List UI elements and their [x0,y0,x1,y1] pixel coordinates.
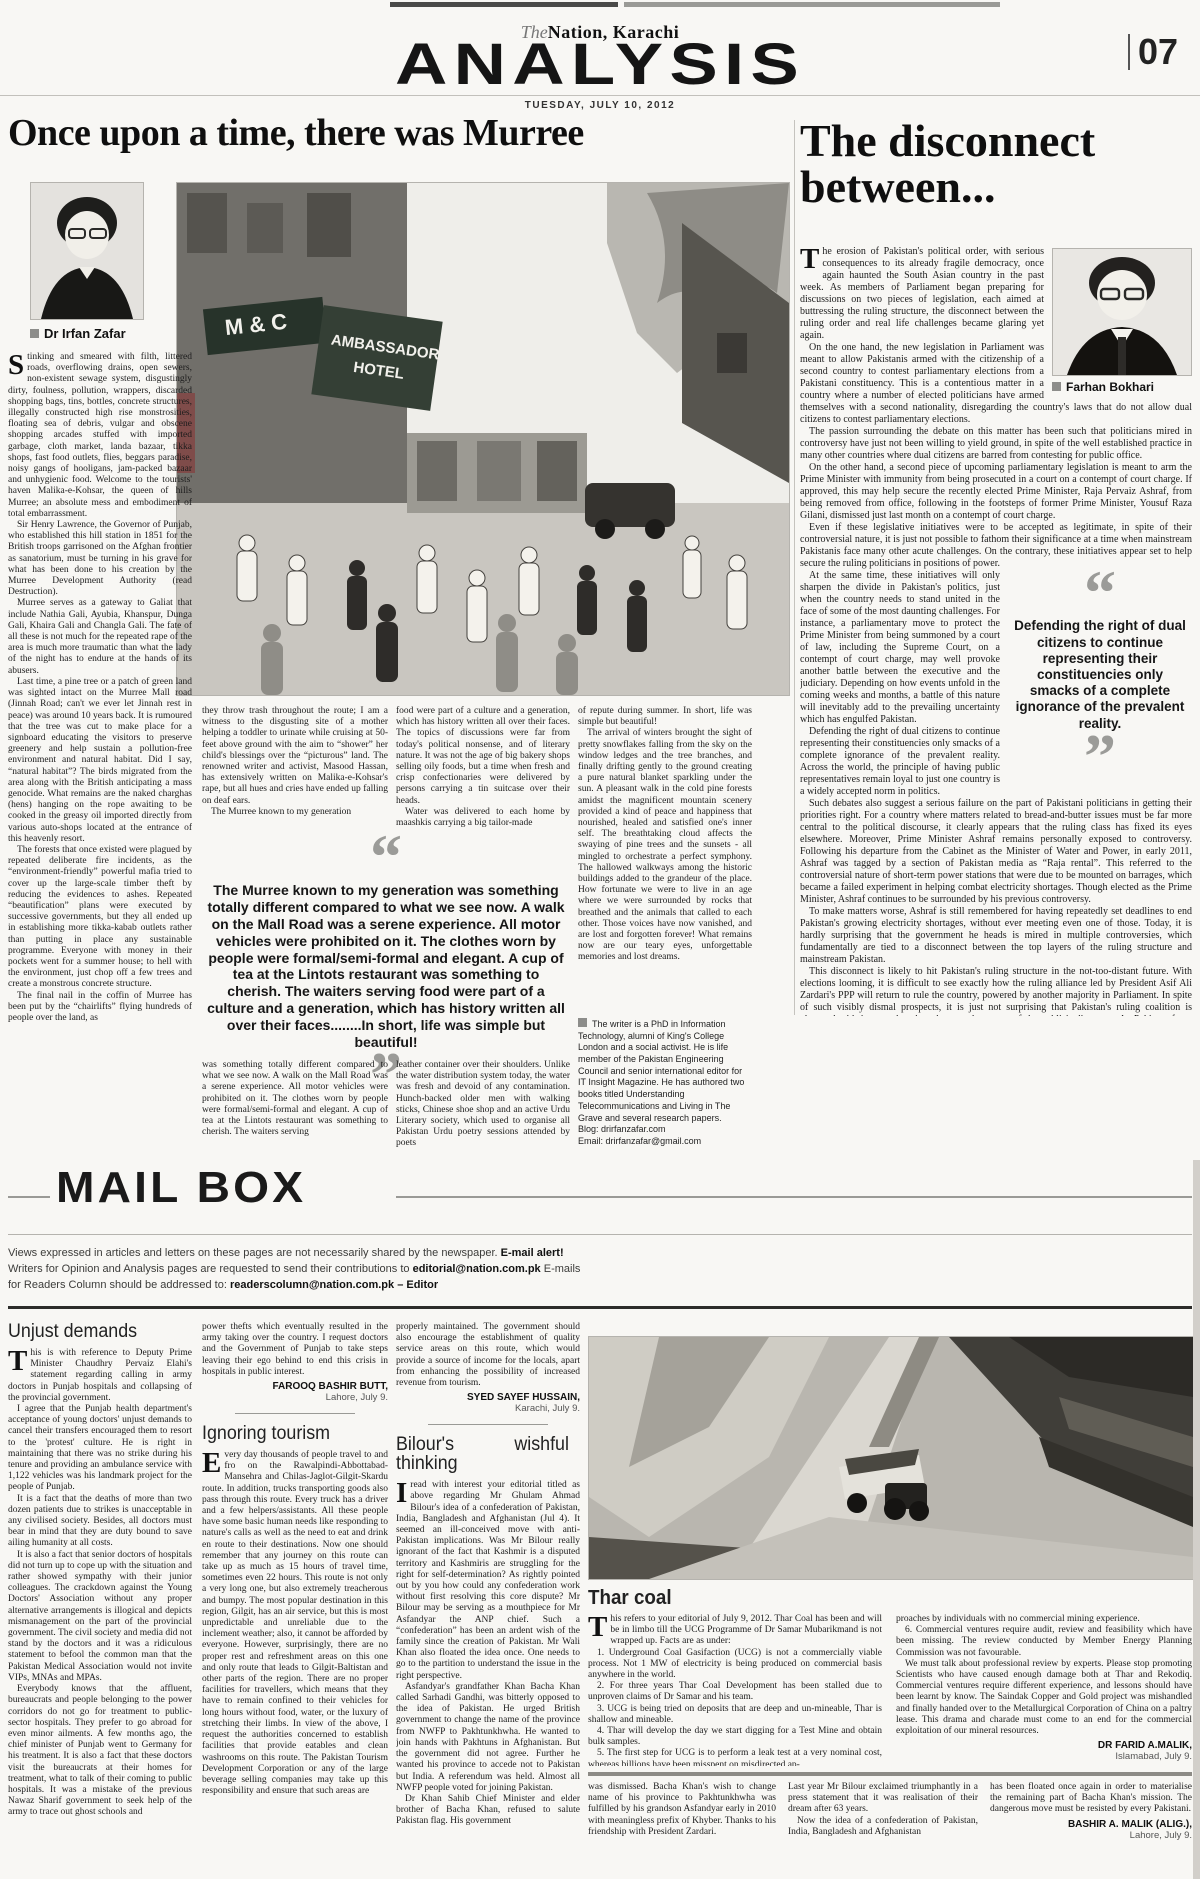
paragraph: they throw trash throughout the route; I… [202,706,388,807]
dropcap: I [396,1480,410,1506]
paragraph: 2. For three years Thar Coal Development… [588,1681,882,1703]
paragraph: Murree serves as a gateway to Galiat tha… [8,598,192,676]
paragraph: very day thousands of people travel to a… [202,1450,388,1796]
paragraph: his refers to your editorial of July 9, … [610,1614,882,1646]
thar-coal-mine-photo [588,1336,1194,1580]
thar-coal-column-a: This refers to your editorial of July 9,… [588,1614,882,1766]
headline-line-2: between... [800,164,1194,210]
murree-column-2b: was something totally different compared… [202,1060,388,1154]
paragraph: This disconnect is likely to hit Pakista… [800,966,1192,1016]
editorial-email[interactable]: editorial@nation.com.pk [413,1263,541,1275]
author-marker-icon [1052,382,1061,391]
signature-name: BASHIR A. MALIK (ALIG.), [990,1819,1192,1830]
paragraph: We must talk about professional review b… [896,1659,1192,1737]
scan-edge-strip [1193,1160,1200,1879]
signature-place: Karachi, July 9. [396,1403,580,1414]
paragraph: he erosion of Pakistan's political order… [800,246,1044,341]
email-alert-label: E-mail alert! [501,1247,564,1259]
portrait-placeholder-icon [31,183,143,319]
murree-column-1: Stinking and smeared with filth, littere… [8,352,192,1046]
paragraph: Last year Mr Bilour exclaimed triumphant… [788,1782,978,1816]
paragraph: power thefts which eventually resulted i… [202,1322,388,1378]
paragraph: has been floated once again in order to … [990,1782,1192,1816]
paragraph: It is a fact that the deaths of more tha… [8,1494,192,1550]
portrait-placeholder-icon [1053,249,1191,375]
paragraph: Asfandyar's grandfather Khan Bacha Khan … [396,1682,580,1794]
letter-divider [428,1424,548,1425]
signature-name: FAROOQ BASHIR BUTT, [202,1381,388,1392]
bilour-continuation-1: was dismissed. Bacha Khan's wish to chan… [588,1782,776,1878]
bilour-continuation-3: has been floated once again in order to … [990,1782,1192,1878]
paragraph: 6. Commercial ventures require audit, re… [896,1625,1192,1659]
bio-text: The writer is a PhD in Information Techn… [578,1019,744,1123]
letters-column-2: power thefts which eventually resulted i… [202,1322,388,1878]
murree-column-3b: leather container over their shoulders. … [396,1060,570,1154]
mailbox-intro: Views expressed in articles and letters … [8,1246,588,1294]
paragraph: Now the idea of a confederation of Pakis… [788,1816,978,1838]
paragraph: The Murree known to my generation [202,807,388,818]
disconnect-body: Farhan Bokhari The erosion of Pakistan's… [800,246,1192,1016]
dropcap: T [588,1614,610,1640]
murree-street-photo: M & C AMBASSADOR HOTEL [176,182,790,696]
section-title: ANALYSIS [0,36,1200,94]
paragraph: his is with reference to Deputy Prime Mi… [8,1348,192,1403]
author-photo-farhan-bokhari: Farhan Bokhari [1052,248,1192,394]
paragraph: The passion surrounding the debate on th… [800,426,1192,462]
letter-title: Unjust demands [8,1322,181,1341]
signature-place: Lahore, July 9. [990,1830,1192,1841]
signature-place: Islamabad, July 9. [896,1751,1192,1762]
paragraph: Dr Khan Sahib Chief Minister and elder b… [396,1794,580,1828]
mailbox-rule-right [396,1196,1192,1198]
paragraph: The final nail in the coffin of Murree h… [8,991,192,1025]
paragraph: On the other hand, a second piece of upc… [800,462,1192,522]
scan-top-bar-dark [390,2,618,7]
editor-label: – Editor [397,1279,438,1291]
paragraph: It is also a fact that senior doctors of… [8,1550,192,1684]
paragraph: Last time, a pine tree or a patch of gre… [8,677,192,845]
open-quote-icon: “ [1008,574,1192,612]
disconnect-pull-quote: “ Defending the right of dual citizens t… [1008,574,1192,776]
paragraph: was dismissed. Bacha Khan's wish to chan… [588,1782,776,1838]
murree-column-2: they throw trash throughout the route; I… [202,706,388,842]
letters-column-3: properly maintained. The government shou… [396,1322,580,1878]
letter-title: Ignoring tourism [202,1424,377,1443]
street-scene-illustration: M & C AMBASSADOR HOTEL [177,183,789,695]
dropcap: E [202,1450,224,1476]
murree-pull-quote: “ The Murree known to my generation was … [200,838,572,1095]
letter-title: Bilour's wishful thinking [396,1435,569,1473]
paragraph: tinking and smeared with filth, littered… [8,352,192,519]
author-marker-icon [30,329,39,338]
murree-column-4: of repute during summer. In short, life … [578,706,752,1012]
murree-headline: Once upon a time, there was Murree [8,114,666,152]
paragraph: proaches by individuals with no commerci… [896,1614,1192,1625]
paragraph: Everybody knows that the affluent, burea… [8,1684,192,1818]
bilour-continuation-2: Last year Mr Bilour exclaimed triumphant… [788,1782,978,1878]
signature-name: DR FARID A.MALIK, [896,1740,1192,1751]
letter-title: Thar coal [588,1588,672,1608]
paragraph: was something totally different compared… [202,1060,388,1138]
close-quote-icon: ” [1008,738,1192,776]
signature-name: SYED SAYEF HUSSAIN, [396,1392,580,1403]
open-pit-mine-illustration [589,1337,1193,1579]
mailbox-gray-rule [588,1772,1192,1776]
paragraph: leather container over their shoulders. … [396,1060,570,1150]
paragraph: Such debates also suggest a serious fail… [800,798,1192,906]
paragraph: I agree that the Punjab health departmen… [8,1404,192,1494]
bio-email: Email: drirfanzafar@gmail.com [578,1136,752,1148]
page-number: 07 [1128,34,1178,70]
disconnect-headline: The disconnect between... [800,118,1194,210]
mailbox-rule-bottom [8,1234,1192,1235]
intro-text: Writers for Opinion and Analysis pages a… [8,1263,410,1275]
paragraph: Even if these legislative initiatives we… [800,522,1192,570]
paragraph: To make matters worse, Ashraf is still r… [800,906,1192,966]
paragraph: read with interest your editorial titled… [396,1480,580,1680]
paragraph: Sir Henry Lawrence, the Governor of Punj… [8,520,192,598]
dropcap: T [8,1348,30,1374]
paragraph: 3. UCG is being tried on deposits that a… [588,1704,882,1726]
dropcap: T [800,246,822,272]
author-name: Farhan Bokhari [1066,380,1154,394]
mailbox-rule-left [8,1196,50,1198]
intro-text: Views expressed in articles and letters … [8,1247,498,1259]
scan-top-bar-light [624,2,1000,7]
murree-author-bio: The writer is a PhD in Information Techn… [578,1018,752,1218]
bio-marker-icon [578,1018,587,1027]
paragraph: Water was delivered to each home by maas… [396,807,570,829]
paragraph: 4. Thar will develop the day we start di… [588,1726,882,1748]
pull-quote-text: Defending the right of dual citizens to … [1008,612,1192,737]
issue-date: TUESDAY, JULY 10, 2012 [0,100,1200,111]
pull-quote-text: The Murree known to my generation was so… [200,876,572,1056]
header-rule [0,95,1200,96]
readers-column-email[interactable]: readerscolumn@nation.com.pk [230,1279,394,1291]
letter-unjust-demands: Unjust demands This is with reference to… [8,1322,192,1878]
author-photo-irfan-zafar [30,182,144,320]
paragraph: food were part of a culture and a genera… [396,706,570,807]
paragraph: properly maintained. The government shou… [396,1322,580,1389]
open-quote-icon: “ [200,838,572,876]
murree-column-3: food were part of a culture and a genera… [396,706,570,842]
thar-coal-column-b: proaches by individuals with no commerci… [896,1614,1192,1770]
dropcap: S [8,352,27,378]
paragraph: of repute during summer. In short, life … [578,706,752,728]
mailbox-thick-rule [8,1306,1192,1309]
headline-line-1: The disconnect [800,118,1194,164]
paragraph: 1. Underground Coal Gasifaction (UCG) is… [588,1648,882,1682]
paragraph: The arrival of winters brought the sight… [578,728,752,963]
bio-blog: Blog: drirfanzafar.com [578,1124,752,1136]
murree-author: Dr Irfan Zafar [30,326,126,341]
signature-place: Lahore, July 9. [202,1392,388,1403]
paragraph: 5. The first step for UCG is to perform … [588,1748,882,1766]
newspaper-page: TheNation, Karachi ANALYSIS TUESDAY, JUL… [0,0,1200,1879]
paragraph: The forests that once existed were plagu… [8,845,192,991]
author-name: Dr Irfan Zafar [44,326,126,341]
article-divider-rule [794,120,795,1015]
mailbox-title: MAIL BOX [56,1166,306,1210]
letter-divider [235,1413,356,1414]
